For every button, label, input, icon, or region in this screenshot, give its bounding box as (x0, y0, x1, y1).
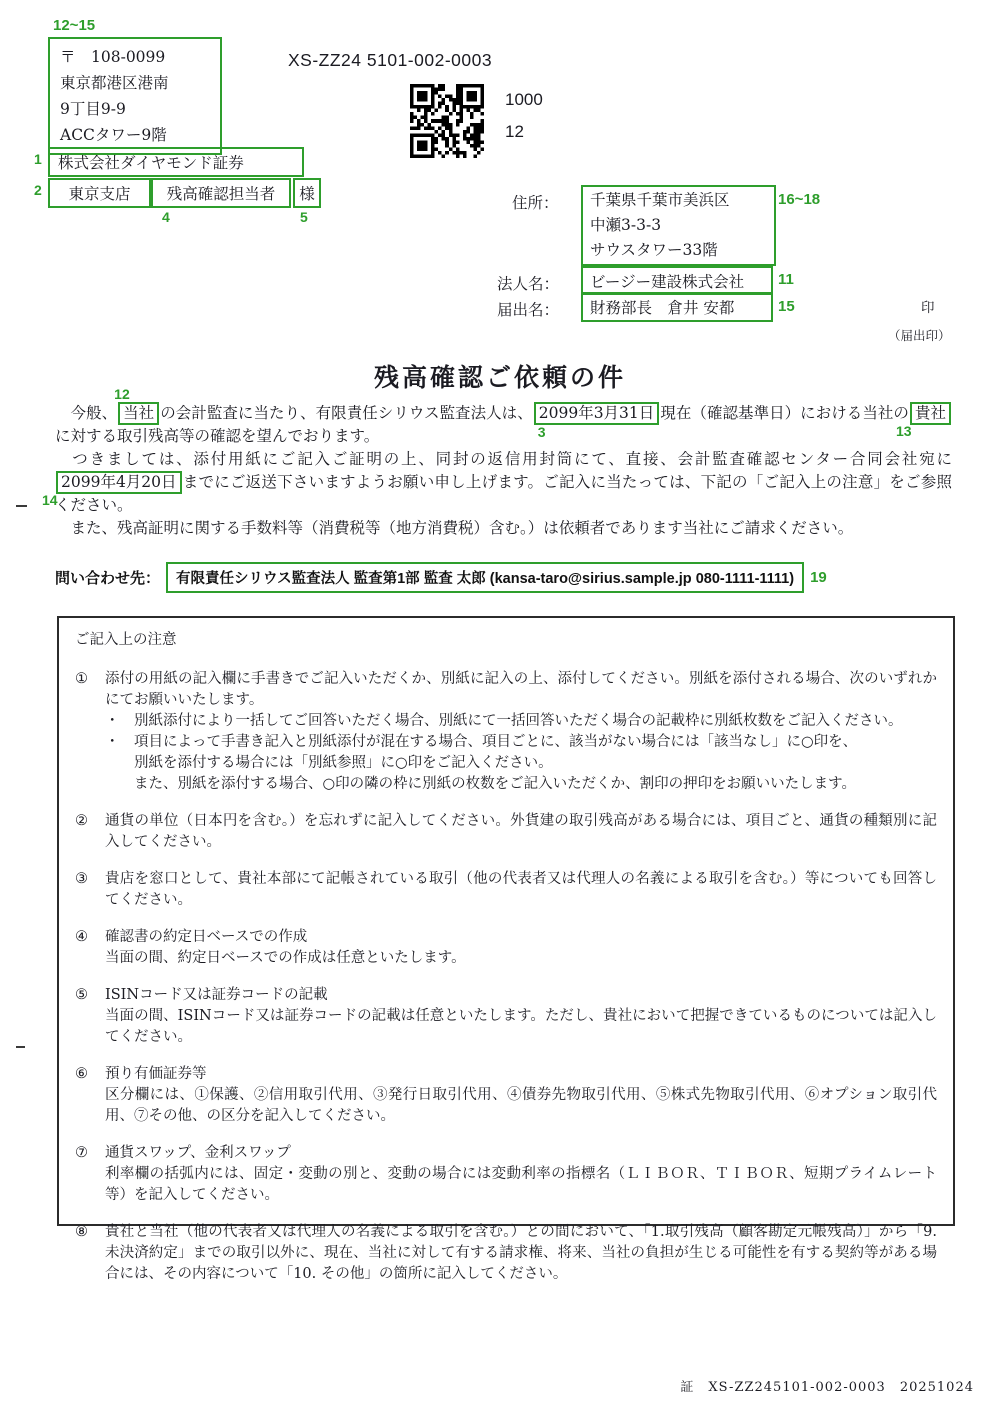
document-code: XS-ZZ24 5101-002-0003 (288, 50, 492, 71)
seal-mark: 印 (921, 296, 935, 316)
note-item: ⑥ 預り有価証券等 区分欄には、①保護、②信用取引代用、③発行日取引代用、④債券… (75, 1064, 937, 1127)
note-number: ⑦ (75, 1143, 105, 1206)
sender-address-label: 住所： (512, 191, 559, 213)
seal-note: （届出印） (888, 326, 951, 344)
recipient-branch-name: 東京支店 (68, 182, 130, 204)
note-number: ④ (75, 927, 105, 969)
sender-address-line: サウスタワー33階 (590, 238, 767, 263)
p2-text: までにご返送下さいますようお願い申し上げます。ご記入に当たっては、下記の「ご記入… (55, 473, 952, 514)
annotation-reply-date: 14 (42, 493, 58, 507)
sender-corp-name: ビージー建設株式会社 (590, 270, 744, 292)
annotation-base-date: 3 (538, 425, 546, 439)
p1-text: 現在（確認基準日）における当社の (660, 404, 909, 422)
sender-registrant-label: 届出名： (497, 298, 559, 320)
sender-registrant-name: 財務部長 倉井 安都 (590, 296, 734, 318)
your-company-text: 貴社 (915, 404, 946, 422)
recipient-address-line: 東京都港区港南 (60, 70, 210, 96)
sender-address-line: 中瀬3-3-3 (590, 213, 767, 238)
highlight-base-date: 2099年3月31日3 (534, 402, 660, 425)
sender-address-box: 千葉県千葉市美浜区 中瀬3-3-3 サウスタワー33階 (581, 185, 776, 266)
annotation-honorific: 5 (300, 210, 308, 224)
note-text: 貴店を窓口として、貴社本部にて記帳されている取引（他の代表者又は代理人の名義によ… (105, 869, 937, 911)
note-text: 貴社と当社（他の代表者又は代理人の名義による取引を含む。）との間において、「1.… (105, 1222, 937, 1285)
footer-document-id: 証 XS-ZZ245101-002-0003 20251024 (680, 1376, 974, 1395)
note-number: ⑧ (75, 1222, 105, 1285)
margin-mark (16, 1046, 25, 1048)
contact-label: 問い合わせ先： (55, 567, 160, 588)
recipient-branch-box: 東京支店 (48, 178, 151, 208)
note-item: ② 通貨の単位（日本円を含む。）を忘れずに記入してください。外貨建の取引残高があ… (75, 811, 937, 853)
qr-number-2: 12 (505, 122, 524, 142)
highlight-our-company: 当社12 (118, 402, 159, 425)
annotation-corp: 11 (778, 272, 794, 287)
note-text: 預り有価証券等 区分欄には、①保護、②信用取引代用、③発行日取引代用、④債券先物… (105, 1064, 937, 1127)
note-number: ② (75, 811, 105, 853)
highlight-reply-date: 2099年4月20日14 (56, 471, 182, 494)
note-text: 確認書の約定日ベースでの作成 当面の間、約定日ベースでの作成は任意といたします。 (105, 927, 937, 969)
paragraph-2: つきましては、添付用紙にご記入ご証明の上、同封の返信用封筒にて、直接、会計監査確… (55, 448, 952, 517)
recipient-honorific-box: 様 (293, 178, 321, 208)
reply-date-text: 2099年4月20日 (61, 473, 177, 491)
annotation-company: 1 (34, 152, 42, 166)
annotation-registrant: 15 (778, 299, 795, 314)
qr-number-1: 1000 (505, 90, 543, 110)
note-number: ⑥ (75, 1064, 105, 1127)
recipient-person-box: 残高確認担当者 (151, 178, 291, 208)
recipient-postal-code: 〒 108-0099 (60, 44, 210, 70)
recipient-address-box: 〒 108-0099 東京都港区港南 9丁目9-9 ACCタワー9階 (48, 37, 222, 155)
margin-mark (16, 505, 27, 507)
body-text: 今般、当社12の会計監査に当たり、有限責任シリウス監査法人は、2099年3月31… (55, 402, 952, 540)
note-item: ④ 確認書の約定日ベースでの作成 当面の間、約定日ベースでの作成は任意といたしま… (75, 927, 937, 969)
note-number: ⑤ (75, 985, 105, 1048)
annotation-person: 4 (162, 210, 170, 224)
p1-text: に対する取引残高等の確認を望んでおります。 (55, 427, 379, 445)
note-text: 添付の用紙の記入欄に手書きでご記入いただくか、別紙に記入の上、添付してください。… (105, 669, 937, 795)
page-title: 残高確認ご依頼の件 (0, 358, 1000, 394)
annotation-your-company: 13 (896, 424, 912, 438)
note-item: ⑧ 貴社と当社（他の代表者又は代理人の名義による取引を含む。）との間において、「… (75, 1222, 937, 1285)
sender-corp-label: 法人名： (497, 272, 559, 294)
recipient-company-name: 株式会社ダイヤモンド証券 (58, 151, 244, 173)
note-item: ⑦ 通貨スワップ、金利スワップ 利率欄の括弧内には、固定・変動の別と、変動の場合… (75, 1143, 937, 1206)
contact-row: 問い合わせ先： 有限責任シリウス監査法人 監査第1部 監査 太郎 (kansa-… (55, 562, 827, 593)
note-number: ① (75, 669, 105, 795)
recipient-honorific: 様 (299, 182, 315, 204)
p2-text: つきましては、添付用紙にご記入ご証明の上、同封の返信用封筒にて、直接、会計監査確… (55, 450, 952, 468)
note-text: 通貨の単位（日本円を含む。）を忘れずに記入してください。外貨建の取引残高がある場… (105, 811, 937, 853)
recipient-address-line: ACCタワー9階 (60, 122, 210, 148)
recipient-address-line: 9丁目9-9 (60, 96, 210, 122)
base-date-text: 2099年3月31日 (539, 404, 655, 422)
annotation-recipient-block: 12~15 (53, 18, 95, 33)
our-company-text: 当社 (123, 404, 154, 422)
qr-code (406, 84, 488, 158)
annotation-sender-address: 16~18 (778, 192, 820, 207)
note-text: 通貨スワップ、金利スワップ 利率欄の括弧内には、固定・変動の別と、変動の場合には… (105, 1143, 937, 1206)
document-page: 12~15 〒 108-0099 東京都港区港南 9丁目9-9 ACCタワー9階… (0, 0, 1000, 1417)
note-item: ③ 貴店を窓口として、貴社本部にて記帳されている取引（他の代表者又は代理人の名義… (75, 869, 937, 911)
paragraph-1: 今般、当社12の会計監査に当たり、有限責任シリウス監査法人は、2099年3月31… (55, 402, 952, 448)
highlight-your-company: 貴社13 (910, 402, 951, 425)
annotation-branch: 2 (34, 183, 42, 197)
note-item: ⑤ ISINコード又は証券コードの記載 当面の間、ISINコード又は証券コードの… (75, 985, 937, 1048)
notes-box: ご記入上の注意 ① 添付の用紙の記入欄に手書きでご記入いただくか、別紙に記入の上… (57, 616, 955, 1226)
annotation-contact: 19 (810, 570, 827, 585)
annotation-our-company: 12 (114, 387, 130, 401)
p1-text: の会計監査に当たり、有限責任シリウス監査法人は、 (160, 404, 533, 422)
notes-title: ご記入上の注意 (75, 630, 937, 651)
sender-registrant-box: 財務部長 倉井 安都 (581, 292, 773, 322)
paragraph-3: また、残高証明に関する手数料等（消費税等（地方消費税）含む。）は依頼者であります… (55, 517, 952, 540)
note-item: ① 添付の用紙の記入欄に手書きでご記入いただくか、別紙に記入の上、添付してくださ… (75, 669, 937, 795)
p1-text: 今般、 (55, 404, 117, 422)
note-number: ③ (75, 869, 105, 911)
note-text: ISINコード又は証券コードの記載 当面の間、ISINコード又は証券コードの記載… (105, 985, 937, 1048)
recipient-company-box: 株式会社ダイヤモンド証券 (48, 147, 304, 177)
contact-box: 有限責任シリウス監査法人 監査第1部 監査 太郎 (kansa-taro@sir… (166, 562, 804, 593)
sender-address-line: 千葉県千葉市美浜区 (590, 188, 767, 213)
sender-corp-box: ビージー建設株式会社 (581, 266, 773, 295)
recipient-person-title: 残高確認担当者 (167, 182, 276, 204)
